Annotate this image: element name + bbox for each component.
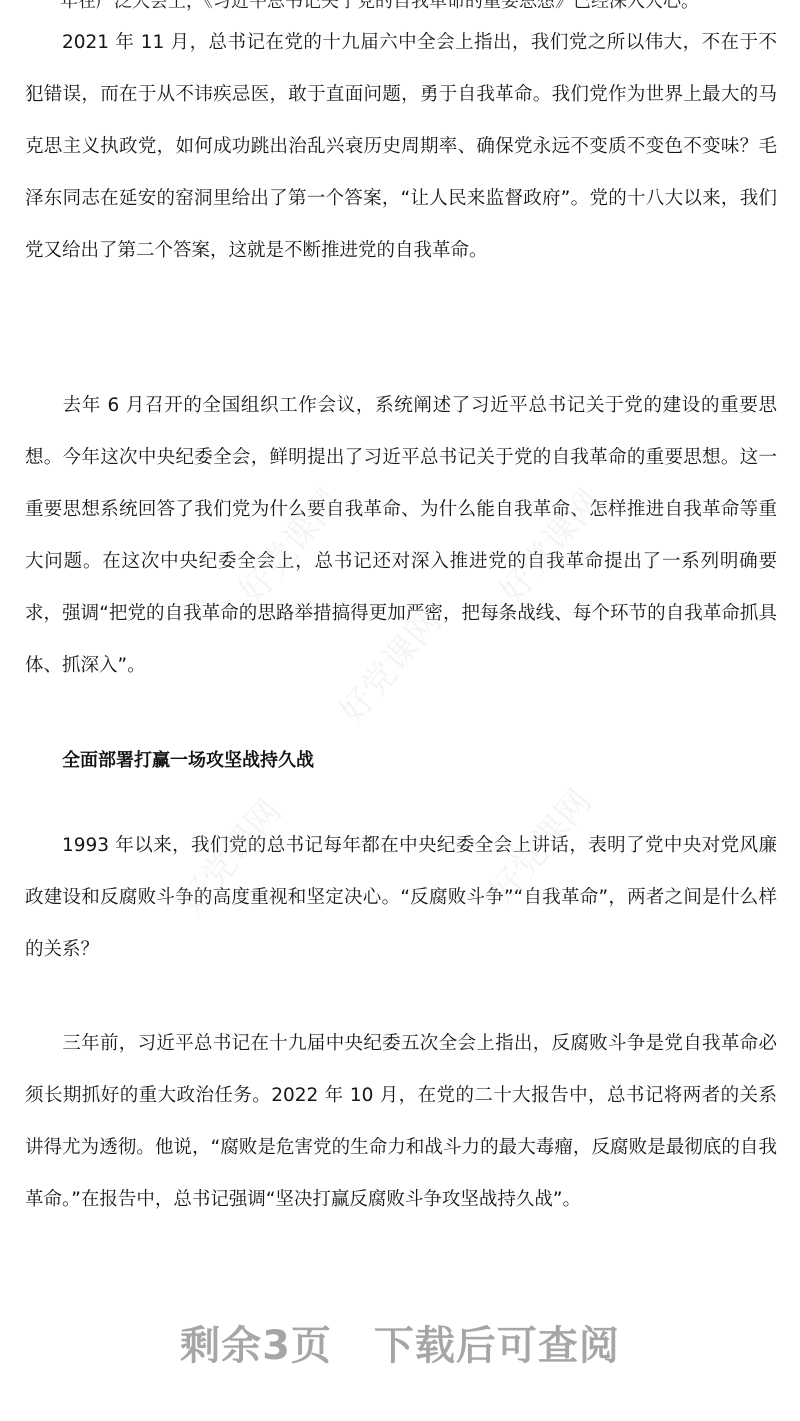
paragraph-2: 去年 6 月召开的全国组织工作会议，系统阐述了习近平总书记关于党的建设的重要思想… [25, 380, 777, 692]
section-heading: 全面部署打赢一场攻坚战持久战 [62, 746, 314, 772]
download-prompt[interactable]: 剩余3页下载后可查阅 [0, 1314, 800, 1371]
paragraph-4: 三年前，习近平总书记在十九届中央纪委五次全会上指出，反腐败斗争是党自我革命必须长… [25, 1018, 777, 1226]
paragraph-text: 1993 年以来，我们党的总书记每年都在中央纪委全会上讲话，表明了党中央对党风廉… [25, 835, 777, 960]
cut-off-top-line: 年在广泛大会上，《习近平总书记关于党的自我革命的重要思想》已经深入人心。 [60, 0, 780, 12]
paragraph-3: 1993 年以来，我们党的总书记每年都在中央纪委全会上讲话，表明了党中央对党风廉… [25, 820, 777, 976]
remaining-pages-label: 剩余3页 [180, 1323, 332, 1369]
paragraph-1: 2021 年 11 月，总书记在党的十九届六中全会上指出，我们党之所以伟大，不在… [25, 17, 777, 277]
paragraph-text: 去年 6 月召开的全国组织工作会议，系统阐述了习近平总书记关于党的建设的重要思想… [25, 395, 777, 676]
download-to-view-label[interactable]: 下载后可查阅 [374, 1323, 620, 1369]
paragraph-text: 三年前，习近平总书记在十九届中央纪委五次全会上指出，反腐败斗争是党自我革命必须长… [25, 1033, 777, 1210]
paragraph-text: 2021 年 11 月，总书记在党的十九届六中全会上指出，我们党之所以伟大，不在… [25, 32, 777, 261]
